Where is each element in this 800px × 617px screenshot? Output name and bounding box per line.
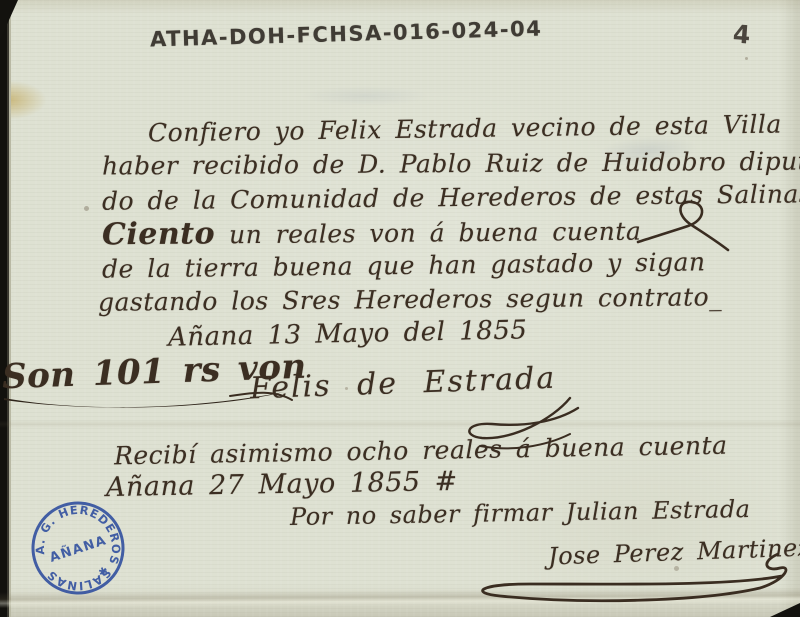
bleedthrough-smudge bbox=[300, 86, 430, 106]
stamp-center-text: AÑANA bbox=[48, 532, 109, 566]
scanner-corner-top-left bbox=[0, 0, 18, 40]
dateline-first: Añana 13 Mayo del 1855 bbox=[168, 315, 528, 353]
witness-signature-flourish bbox=[460, 552, 800, 612]
addendum-dateline: Añana 27 Mayo 1855 # bbox=[106, 466, 458, 503]
folio-number: 4 bbox=[732, 19, 751, 49]
archival-reference-code: ATHA-DOH-FCHSA-016-024-04 bbox=[150, 17, 543, 52]
scanned-manuscript-page: ATHA-DOH-FCHSA-016-024-04 4 Confiero yo … bbox=[0, 0, 800, 617]
addendum-line-3: Por no saber firmar Julian Estrada bbox=[290, 495, 751, 531]
manuscript-line-4-rest: un reales von á buena cuenta bbox=[229, 217, 641, 250]
amount-word-emphasis: Ciento bbox=[102, 216, 215, 252]
manuscript-line-2: haber recibido de D. Pablo Ruiz de Huido… bbox=[102, 146, 800, 180]
manuscript-line-4: Cientoun reales von á buena cuenta bbox=[102, 213, 642, 253]
addendum-line-1: Recibí asimismo ocho reales á buena cuen… bbox=[114, 431, 728, 471]
manuscript-line-6: gastando los Sres Herederos segun contra… bbox=[98, 282, 722, 316]
manuscript-line-1: Confiero yo Felix Estrada vecino de esta… bbox=[148, 110, 782, 148]
manuscript-line-5: de la tierra buena que han gastado y sig… bbox=[102, 247, 706, 283]
archive-stamp: A. G. HEREDEROS SALINAS AÑANA ✱ bbox=[6, 486, 151, 617]
